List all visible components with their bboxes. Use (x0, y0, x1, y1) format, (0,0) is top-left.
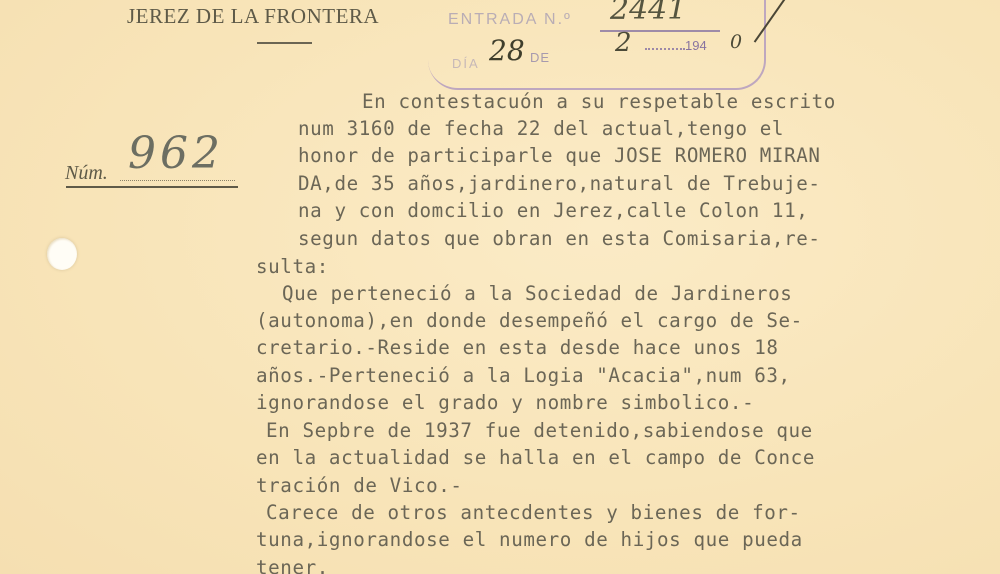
body-line: en la actualidad se halla en el campo de… (256, 446, 815, 469)
body-line: Que perteneció a la Sociedad de Jardiner… (282, 282, 792, 305)
letterhead-city: JEREZ DE LA FRONTERA (127, 4, 379, 29)
document-page: JEREZ DE LA FRONTERA ENTRADA N.º 2441 DÍ… (0, 0, 1000, 574)
stamp-entrada-label: ENTRADA N.º (448, 11, 572, 29)
stamp-month: 2 (615, 28, 632, 58)
reference-dotted-line (120, 180, 235, 181)
body-line: En Sepbre de 1937 fue detenido,sabiendos… (266, 419, 813, 442)
stamp-day: 28 (489, 34, 525, 67)
letter-body: En contestacuón a su respetable escrito … (0, 0, 49, 460)
body-line: honor de participarle que JOSE ROMERO MI… (298, 144, 821, 167)
body-line: na y con domcilio en Jerez,calle Colon 1… (298, 199, 808, 222)
stamp-de-label: DE (530, 50, 550, 65)
body-line: num 3160 de fecha 22 del actual,tengo el (298, 117, 784, 140)
body-line: segun datos que obran en esta Comisaria,… (298, 227, 821, 250)
body-line: ignorandose el grado y nombre simbolico.… (256, 391, 754, 414)
body-line: DA,de 35 años,jardinero,natural de Trebu… (298, 172, 821, 195)
body-line: tener. (256, 556, 329, 574)
stamp-dotted-line (645, 48, 685, 50)
stamp-dia-label: DÍA (452, 56, 480, 71)
stamp-entry-number: 2441 (610, 0, 686, 27)
body-line: años.-Perteneció a la Logia "Acacia",num… (256, 364, 791, 387)
stamp-year-suffix: 0 (730, 31, 742, 53)
stamp-year-prefix: 194 (685, 38, 707, 53)
body-line: tuna,ignorandose el numero de hijos que … (256, 528, 803, 551)
reference-label: Núm. (65, 162, 108, 185)
body-line: cretario.-Reside en esta desde hace unos… (256, 336, 779, 359)
body-line: (autonoma),en donde desempeñó el cargo d… (256, 309, 803, 332)
body-line: sulta: (256, 255, 329, 278)
reference-number: 962 (128, 128, 224, 179)
body-line: tración de Vico.- (256, 474, 463, 497)
reference-rule (66, 186, 238, 188)
body-line: Carece de otros antecdentes y bienes de … (266, 501, 801, 524)
punch-hole (47, 238, 77, 270)
letterhead-rule (257, 42, 312, 44)
body-line: En contestacuón a su respetable escrito (362, 90, 836, 113)
